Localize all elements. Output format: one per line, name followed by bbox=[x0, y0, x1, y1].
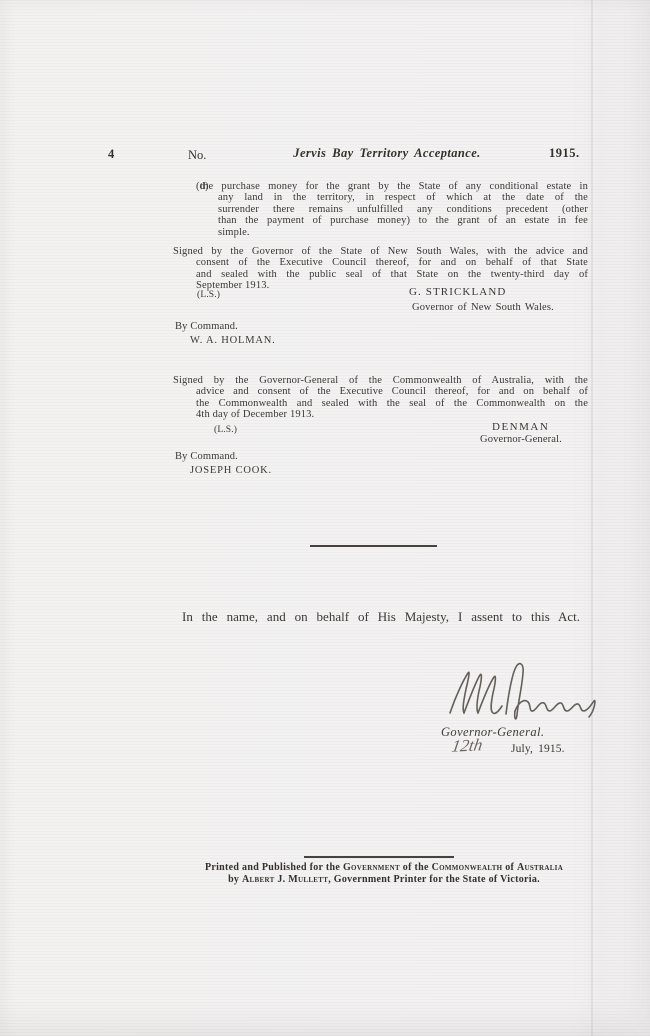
imprint-text: by bbox=[228, 874, 242, 885]
page-number: 4 bbox=[108, 147, 114, 162]
imprint-text: Mullett bbox=[288, 874, 328, 885]
nsw-signed-line: September 1913. bbox=[196, 280, 588, 291]
nsw-signed-line: and sealed with the public seal of that … bbox=[196, 269, 588, 280]
governor-general-signature-image bbox=[438, 661, 602, 727]
nsw-signatory-title: Governor of New South Wales. bbox=[412, 302, 554, 313]
assent-statement: In the name, and on behalf of His Majest… bbox=[182, 609, 580, 625]
nsw-signed-line: Signed by the Governor of the State of N… bbox=[173, 246, 588, 257]
commonwealth-by-command: By Command. bbox=[175, 451, 238, 462]
imprint-text: J. bbox=[275, 874, 289, 885]
imprint-text: Albert bbox=[242, 874, 275, 885]
imprint-text: Government bbox=[343, 862, 400, 873]
commonwealth-signed-paragraph: Signed by the Governor-General of the Co… bbox=[196, 375, 588, 421]
clause-d-line: simple. bbox=[218, 227, 588, 238]
handwritten-day: 12th bbox=[452, 736, 482, 756]
section-divider-rule bbox=[310, 545, 437, 547]
nsw-seal-mark: (L.S.) bbox=[197, 290, 220, 301]
imprint-text: Australia bbox=[517, 862, 563, 873]
nsw-signatory-name: G. STRICKLAND bbox=[409, 287, 506, 298]
imprint-line-2: by Albert J. Mullett, Government Printer… bbox=[180, 874, 588, 886]
year-label: 1915. bbox=[549, 146, 580, 161]
imprint-text: , Government Printer for the State of Vi… bbox=[328, 874, 540, 885]
clause-d-paragraph: the purchase money for the grant by the … bbox=[218, 181, 588, 238]
nsw-signed-line: consent of the Executive Council thereof… bbox=[196, 257, 588, 268]
scanned-document-page: 4 No. Jervis Bay Territory Acceptance. 1… bbox=[0, 0, 650, 1036]
commonwealth-signed-line: Signed by the Governor-General of the Co… bbox=[173, 375, 588, 386]
footer-rule bbox=[304, 856, 454, 858]
commonwealth-signatory-title: Governor-General. bbox=[480, 434, 562, 445]
page-fold-shadow bbox=[591, 0, 593, 1036]
nsw-by-command: By Command. bbox=[175, 321, 238, 332]
clause-d-line: the purchase money for the grant by the … bbox=[200, 181, 588, 192]
clause-d-line: any land in the territory, in respect of… bbox=[218, 192, 588, 203]
nsw-minister-name: W. A. HOLMAN. bbox=[190, 335, 276, 346]
printer-imprint: Printed and Published for the Government… bbox=[180, 862, 588, 886]
imprint-text: Commonwealth bbox=[432, 862, 503, 873]
imprint-text: of the bbox=[400, 862, 432, 873]
commonwealth-signatory-name: DENMAN bbox=[492, 422, 549, 433]
clause-d-line: surrender there remains unfulfilled any … bbox=[218, 204, 588, 215]
running-title: Jervis Bay Territory Acceptance. bbox=[272, 146, 502, 161]
imprint-text: Printed and Published for the bbox=[205, 862, 343, 873]
act-number-label: No. bbox=[188, 148, 206, 163]
commonwealth-signed-line: advice and consent of the Executive Coun… bbox=[196, 386, 588, 397]
imprint-text: of bbox=[502, 862, 517, 873]
commonwealth-signed-line: the Commonwealth and sealed with the sea… bbox=[196, 398, 588, 409]
imprint-line-1: Printed and Published for the Government… bbox=[180, 862, 588, 874]
commonwealth-minister-name: JOSEPH COOK. bbox=[190, 465, 272, 476]
nsw-signed-paragraph: Signed by the Governor of the State of N… bbox=[196, 246, 588, 292]
handwritten-day-text: 12th bbox=[450, 735, 484, 757]
commonwealth-seal-mark: (L.S.) bbox=[214, 425, 237, 436]
commonwealth-signed-line: 4th day of December 1913. bbox=[196, 409, 588, 420]
clause-d-line: than the payment of purchase money) to t… bbox=[218, 215, 588, 226]
assent-date: July, 1915. bbox=[511, 744, 565, 755]
